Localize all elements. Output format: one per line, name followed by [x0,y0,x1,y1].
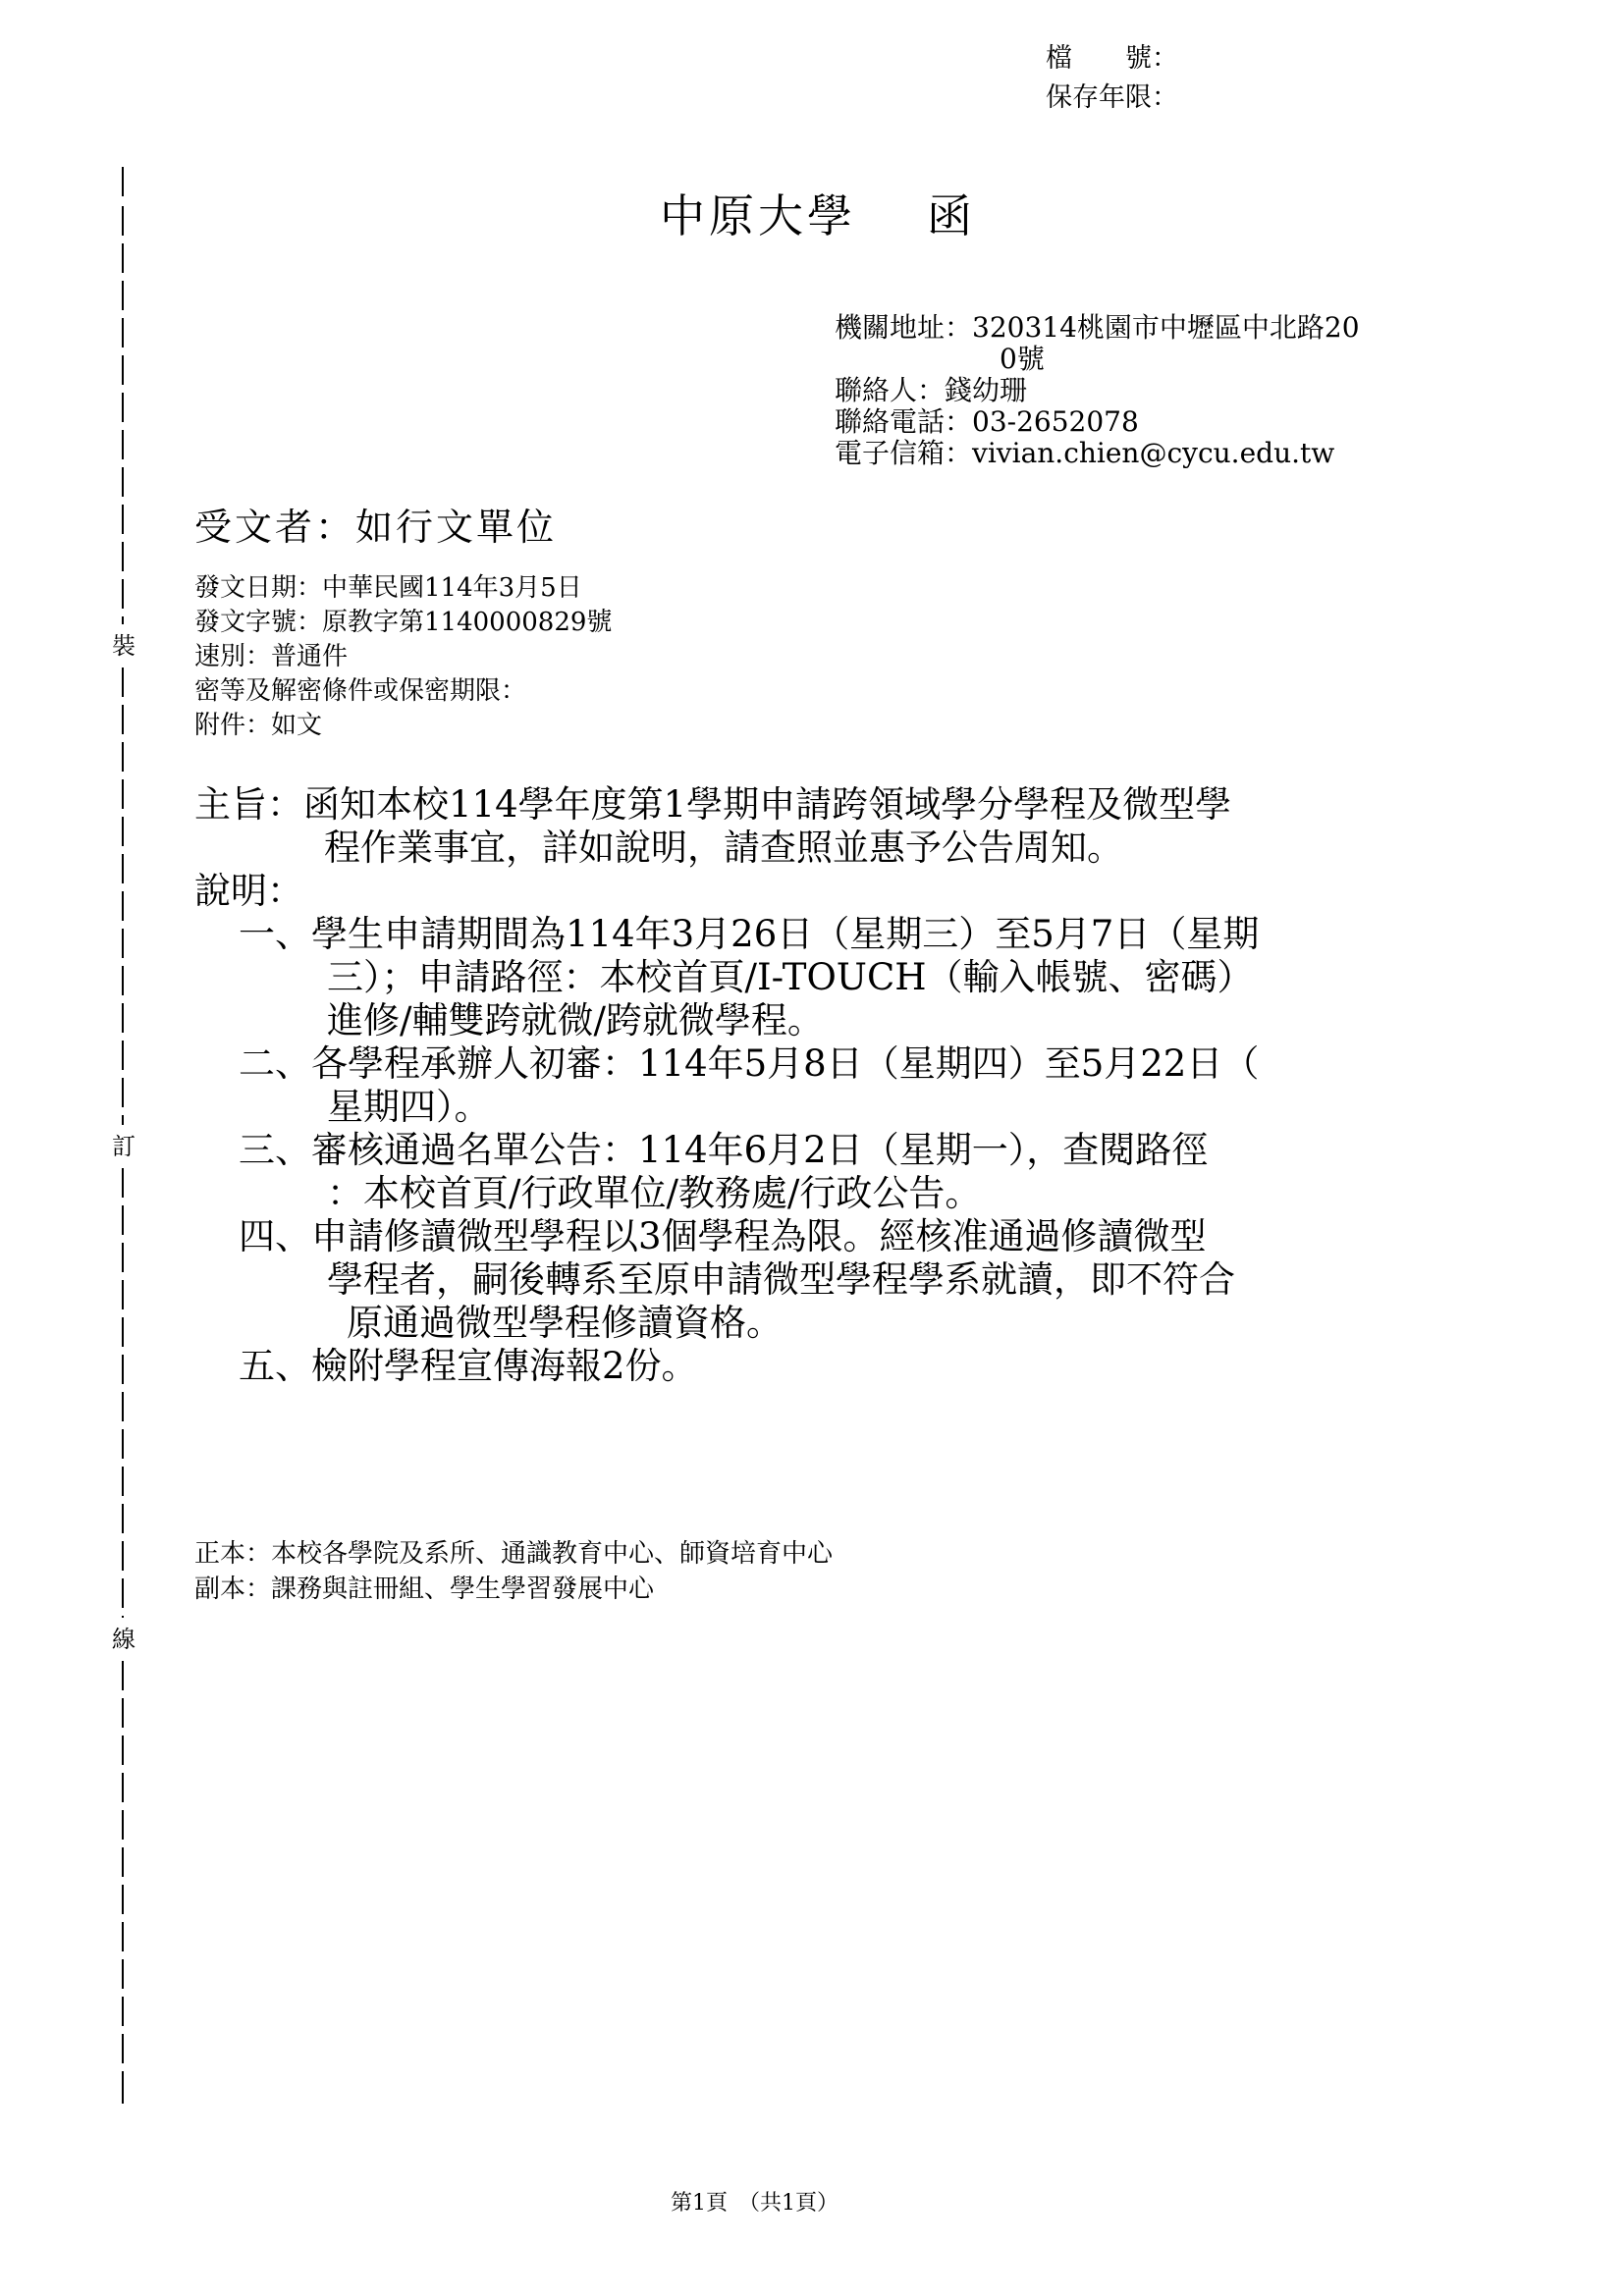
contact-person-label: 聯絡人： [835,375,945,406]
distribution: 正本：本校各學院及系所、通識教育中心、師資培育中心 副本：課務與註冊組、學生學習… [194,1536,833,1607]
page-number: 第1頁 （共1頁） [671,2189,839,2218]
subject-line-1: 主旨：函知本校114學年度第1學期申請跨領域學分學程及微型學 [194,783,1471,827]
address-line1: 320314桃園市中壢區中北路20 [972,312,1360,344]
description-item-3: 三、審核通過名單公告：114年6月2日（星期一），查閱路徑 ：本校首頁/行政單位… [194,1129,1471,1215]
recipient-label: 受文者： [194,506,355,549]
address-label: 機關地址： [835,312,972,344]
copy-recipients: 副本：課務與註冊組、學生學習發展中心 [194,1572,833,1607]
issue-number: 發文字號：原教字第1140000829號 [194,606,612,640]
binding-char-zhuang: 裝 [110,632,137,660]
phone-number: 03-2652078 [972,406,1139,438]
file-number-label: 檔 號： [1046,39,1178,79]
document-meta: 發文日期：中華民國114年3月5日 發文字號：原教字第1140000829號 速… [194,571,612,743]
attachment: 附件：如文 [194,709,612,743]
org-name: 中原大學 [660,189,856,242]
address-line2: 0號 [1000,344,1045,375]
description-item-2: 二、各學程承辦人初審：114年5月8日（星期四）至5月22日（ 星期四）。 [194,1042,1471,1129]
description-item-4: 四、申請修讀微型學程以3個學程為限。經核准通過修讀微型 學程者，嗣後轉系至原申請… [194,1215,1471,1345]
doc-type: 函 [927,189,976,242]
binding-char-xian: 線 [110,1626,137,1653]
binding-char-ding: 訂 [110,1133,137,1160]
email-address: vivian.chien@cycu.edu.tw [972,438,1334,469]
document-title: 中原大學函 [660,187,976,245]
document-body: 主旨：函知本校114學年度第1學期申請跨領域學分學程及微型學 程作業事宜，詳如說… [194,783,1471,1388]
description-label: 說明： [194,870,1471,913]
recipient: 受文者：如行文單位 [194,503,557,552]
secrecy-level: 密等及解密條件或保密期限： [194,674,612,709]
contact-block: 機關地址：320314桃園市中壢區中北路20 0號 聯絡人：錢幼珊 聯絡電話：0… [835,312,1360,469]
subject-label: 主旨： [194,783,303,826]
file-meta: 檔 號： 保存年限： [1046,39,1178,118]
email-label: 電子信箱： [835,438,972,469]
description-item-1: 一、學生申請期間為114年3月26日（星期三）至5月7日（星期 三）；申請路徑：… [194,913,1471,1042]
speed-class: 速別：普通件 [194,640,612,674]
issue-date: 發文日期：中華民國114年3月5日 [194,571,612,606]
description-item-5: 五、檢附學程宣傳海報2份。 [194,1345,1471,1388]
retention-label: 保存年限： [1046,79,1178,118]
contact-person: 錢幼珊 [945,375,1027,406]
phone-label: 聯絡電話： [835,406,972,438]
original-recipients: 正本：本校各學院及系所、通識教育中心、師資培育中心 [194,1536,833,1572]
subject-line-2: 程作業事宜，詳如說明，請查照並惠予公告周知。 [194,827,1471,870]
recipient-value: 如行文單位 [355,506,557,549]
